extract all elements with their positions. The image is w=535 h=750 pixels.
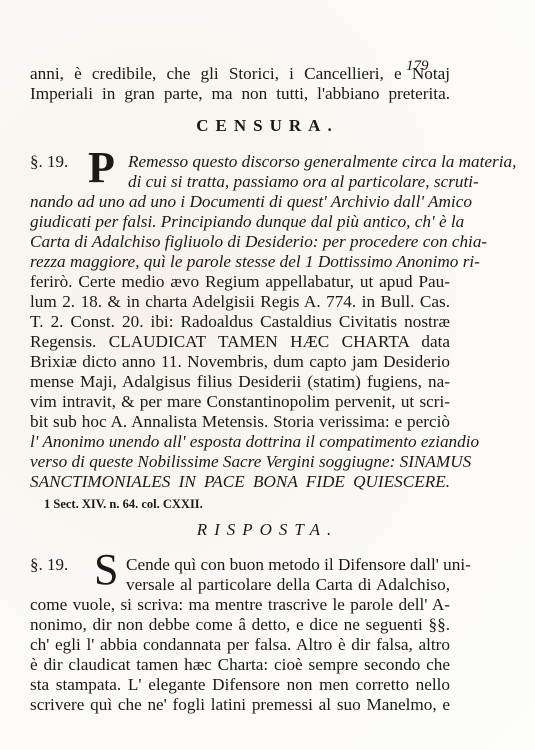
text-line: T. 2. Const. 20. ibi: Radoaldus Castaldi…	[30, 312, 450, 332]
text-line: bit sub hoc A. Annalista Metensis. Stori…	[30, 412, 450, 432]
text-line: Remesso questo discorso generalmente cir…	[128, 152, 450, 172]
text-line: l' Anonimo unendo all' esposta dottrina …	[30, 432, 450, 452]
book-page: 179 anni, è credibile, che gli Storici, …	[0, 0, 535, 750]
text-line: ferirò. Certe medio ævo Regium appellaba…	[30, 272, 450, 292]
text-line: come vuole, si scriva: ma mentre trascri…	[30, 595, 450, 615]
text-line: nando ad uno ad uno i Documenti di quest…	[30, 192, 450, 212]
text-line: Carta di Adalchiso figliuolo di Desideri…	[30, 232, 450, 252]
text-line: Imperiali in gran parte, ma non tutti, l…	[30, 84, 450, 104]
footnote: 1 Sect. XIV. n. 64. col. CXXII.	[44, 497, 203, 512]
text-line: versale al particolare della Carta di Ad…	[126, 575, 450, 595]
text-line: sta stampata. L' elegante Difensore non …	[30, 675, 450, 695]
text-line: rezza maggiore, quì le parole stesse del…	[30, 252, 450, 272]
text-line: Regensis. CLAUDICAT TAMEN HÆC CHARTA dat…	[30, 332, 450, 352]
heading-risposta: RISPOSTA.	[0, 520, 535, 540]
text-line: lum 2. 18. & in charta Adelgisii Regis A…	[30, 292, 450, 312]
text-line: nonimo, dir non debbe come â detto, e di…	[30, 615, 450, 635]
text-line: è dir claudicat tamen hæc Charta: cioè s…	[30, 655, 450, 675]
section-mark: §. 19.	[30, 555, 68, 575]
text-line: giudicati per falsi. Principiando dunque…	[30, 212, 450, 232]
text-line: vim intravit, & per mare Constantinopoli…	[30, 392, 450, 412]
section-mark: §. 19.	[30, 152, 68, 172]
text-line: di cui si tratta, passiamo ora al partic…	[128, 172, 450, 192]
drop-cap: S	[94, 548, 118, 592]
text-line: ch' egli l' abbia condannata per falsa. …	[30, 635, 450, 655]
text-line: SANCTIMONIALES IN PACE BONA FIDE QUIESCE…	[30, 472, 450, 492]
text-line: Brixiæ dicto anno 11. Novembris, dum cap…	[30, 352, 450, 372]
text-line: scrivere quì che ne' fogli latini premes…	[30, 695, 450, 715]
text-line: mense Maji, Adalgisus filius Desiderii (…	[30, 372, 450, 392]
text-line: Cende quì con buon metodo il Difensore d…	[126, 555, 450, 575]
drop-cap: P	[88, 146, 115, 190]
text-line: verso di queste Nobilissime Sacre Vergin…	[30, 452, 450, 472]
text-line: anni, è credibile, che gli Storici, i Ca…	[30, 64, 450, 84]
heading-censura: CENSURA.	[0, 116, 535, 136]
